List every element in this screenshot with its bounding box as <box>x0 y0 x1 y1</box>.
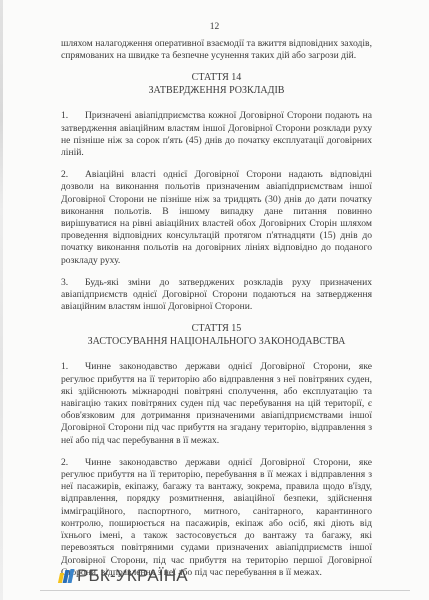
intro-paragraph: шляхом налагодження оперативної взаємоді… <box>61 38 372 62</box>
article-15-paragraph-1: 1.Чинне законодавство держави однієї Дог… <box>61 361 372 446</box>
article-14-title: СТАТТЯ 14 <box>61 72 372 85</box>
paragraph-number: 3. <box>61 277 85 289</box>
watermark-text: РБК-УКРАЇНА <box>77 566 188 586</box>
article-14-paragraph-1: 1.Призначені авіапідприємства кожної Дог… <box>61 110 372 159</box>
rbc-ukraine-watermark: РБК-УКРАЇНА <box>58 566 188 586</box>
paragraph-text: Призначені авіапідприємства кожної Догов… <box>61 110 372 158</box>
paragraph-text: Авіаційні власті однієї Договірної Сторо… <box>61 169 372 265</box>
paragraph-text: Будь-які зміни до затверджених розкладів… <box>61 277 372 312</box>
article-15-heading: СТАТТЯ 15 ЗАСТОСУВАННЯ НАЦІОНАЛЬНОГО ЗАК… <box>61 323 372 348</box>
article-14-subtitle: ЗАТВЕРДЖЕННЯ РОЗКЛАДІВ <box>61 85 372 98</box>
article-14-paragraph-3: 3.Будь-які зміни до затверджених розклад… <box>61 277 372 314</box>
paragraph-text: Чинне законодавство держави однієї Догов… <box>61 457 372 578</box>
paragraph-number: 2. <box>61 457 85 469</box>
document-body: шляхом налагодження оперативної взаємоді… <box>61 38 372 589</box>
article-15-subtitle: ЗАСТОСУВАННЯ НАЦІОНАЛЬНОГО ЗАКОНОДАВСТВА <box>61 336 372 349</box>
article-15-title: СТАТТЯ 15 <box>61 323 372 336</box>
bottom-divider <box>40 590 410 591</box>
page-number: 12 <box>0 22 429 32</box>
article-15-paragraph-2: 2.Чинне законодавство держави однієї Дог… <box>61 457 372 579</box>
paragraph-number: 1. <box>61 110 85 122</box>
paragraph-number: 2. <box>61 169 85 181</box>
paragraph-text: Чинне законодавство держави однієї Догов… <box>61 361 372 445</box>
article-14-heading: СТАТТЯ 14 ЗАТВЕРДЖЕННЯ РОЗКЛАДІВ <box>61 72 372 97</box>
scan-edge-shadow <box>0 0 3 600</box>
rbc-logo-icon <box>58 569 73 583</box>
paragraph-number: 1. <box>61 361 85 373</box>
article-14-paragraph-2: 2.Авіаційні власті однієї Договірної Сто… <box>61 169 372 267</box>
